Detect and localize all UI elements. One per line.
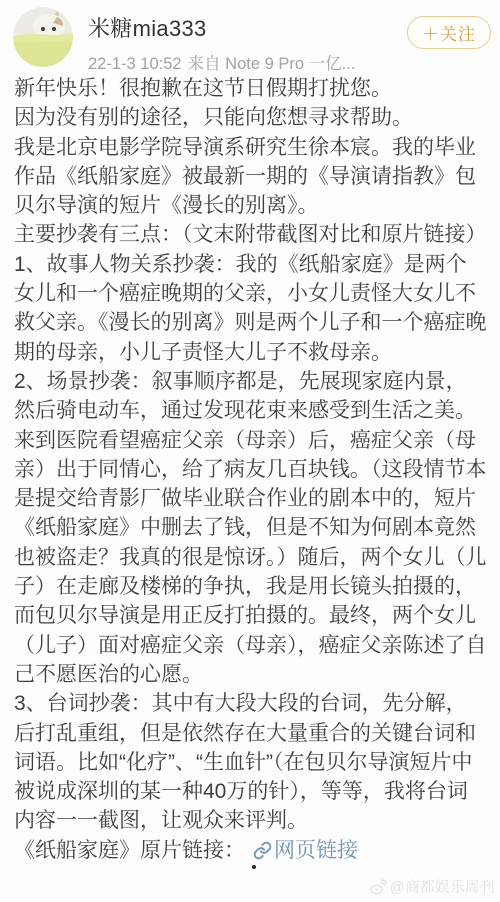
web-link-label: 网页链接	[274, 839, 358, 862]
follow-button[interactable]: ＋关注	[407, 16, 491, 49]
post-meta: 米糖mia333 22-1-3 10:52来自 Note 9 Pro 一亿...	[88, 12, 355, 74]
paragraph: 新年快乐！很抱歉在这节日假期打扰您。	[14, 74, 487, 103]
paragraph: 1、故事人物关系抄袭：我的《纸船家庭》是两个女儿和一个癌症晚期的父亲，小女儿责怪…	[14, 250, 487, 367]
weibo-logo-icon	[369, 879, 387, 895]
cat-avatar-image	[13, 7, 73, 67]
post-body-text: 新年快乐！很抱歉在这节日假期打扰您。 因为没有别的途径，只能向您想寻求帮助。 我…	[0, 70, 500, 865]
web-link[interactable]: 网页链接	[245, 839, 358, 862]
link-icon	[253, 841, 272, 860]
watermark-text: @商都娱乐周刊	[390, 876, 495, 897]
paragraph: 2、场景抄袭：叙事顺序都是，先展现家庭内景，然后骑电动车，通过发现花束来感受到生…	[14, 367, 487, 689]
post-header: 米糖mia333 22-1-3 10:52来自 Note 9 Pro 一亿...…	[0, 0, 500, 70]
stray-dot	[252, 865, 256, 869]
weibo-post-card: 米糖mia333 22-1-3 10:52来自 Note 9 Pro 一亿...…	[0, 0, 500, 902]
paragraph: 因为没有别的途径，只能向您想寻求帮助。	[14, 103, 487, 132]
original-film-link-line: 《纸船家庭》原片链接：网页链接	[14, 836, 487, 865]
username[interactable]: 米糖mia333	[88, 12, 355, 43]
paragraph: 我是北京电影学院导演系研究生徐本宸。我的毕业作品《纸船家庭》被最新一期的《导演请…	[14, 133, 487, 221]
avatar[interactable]	[13, 7, 73, 67]
paragraph: 3、台词抄袭：其中有大段大段的台词，先分解，后打乱重组，但是依然存在大量重合的关…	[14, 689, 487, 835]
watermark: @商都娱乐周刊	[369, 876, 495, 897]
paragraph: 主要抄袭有三点：（文末附带截图对比和原片链接）	[14, 220, 487, 249]
link-line-prefix: 《纸船家庭》原片链接：	[14, 839, 245, 862]
